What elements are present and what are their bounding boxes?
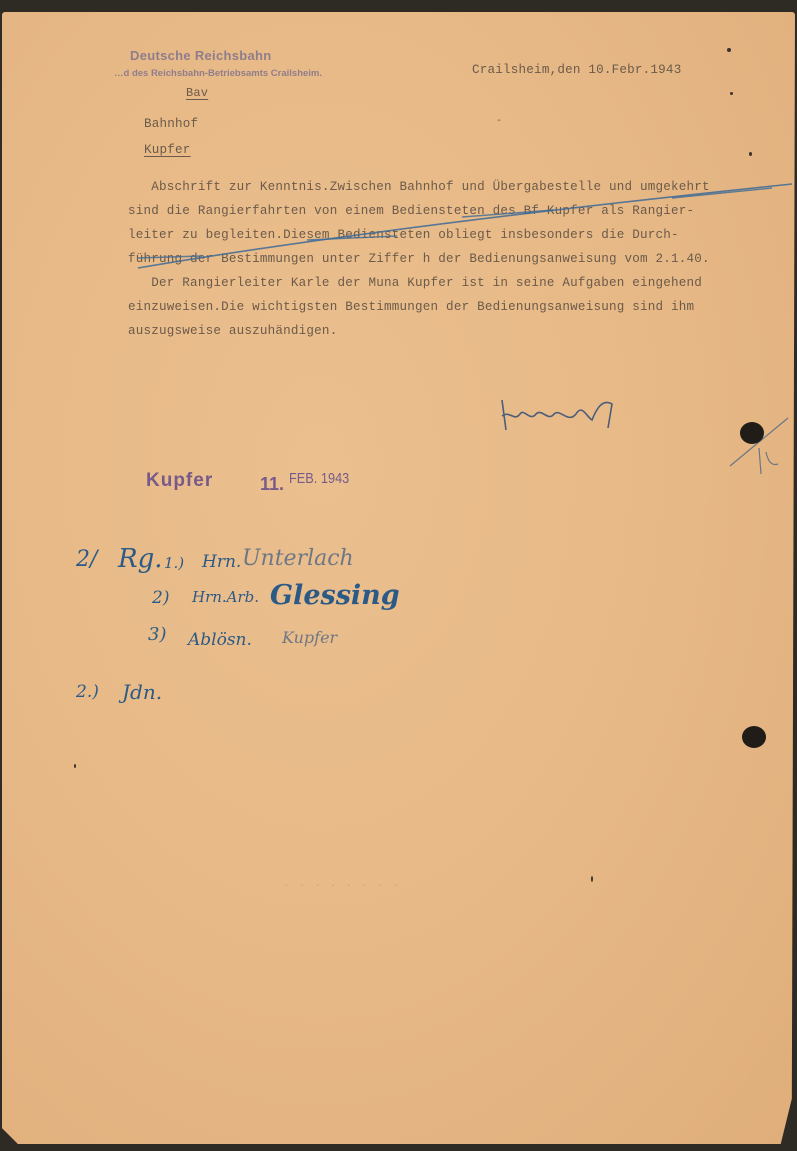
note-item-number: 2/: [76, 547, 97, 572]
note-sub3-pencil: Kupfer: [282, 628, 337, 647]
note-item3-text: Jdn.: [122, 680, 162, 704]
note-item-label: Rg.: [118, 544, 162, 574]
received-stamp-station: Kupfer: [146, 470, 213, 492]
note-sub2-number: 2): [152, 588, 169, 608]
note-sub1-title: Hrn.: [202, 552, 241, 572]
speck: [591, 876, 593, 882]
speck: [730, 92, 733, 95]
document-page: Deutsche Reichsbahn …d des Reichsbahn-Be…: [2, 12, 795, 1144]
received-stamp-day: 11.: [260, 474, 284, 495]
note-sub2-name: Glessing: [270, 580, 400, 611]
punch-hole-top: [740, 422, 764, 444]
punch-hole-bottom: [742, 726, 766, 748]
speck: [74, 764, 76, 768]
note-sub1-number: 1.): [164, 554, 184, 572]
note-sub3-text: Ablösn.: [188, 630, 252, 650]
note-sub1-name: Unterlach: [242, 546, 354, 571]
note-sub2-title: Hrn.Arb.: [192, 588, 259, 606]
received-stamp-date: FEB. 1943: [289, 470, 349, 487]
strikethrough-lines: [2, 12, 795, 1144]
faint-text-residue: . . . . . . . .: [284, 880, 401, 889]
speck: [727, 48, 731, 52]
speck: [749, 152, 752, 156]
note-sub3-number: 3): [148, 624, 166, 645]
note-item3-number: 2.): [76, 682, 99, 702]
